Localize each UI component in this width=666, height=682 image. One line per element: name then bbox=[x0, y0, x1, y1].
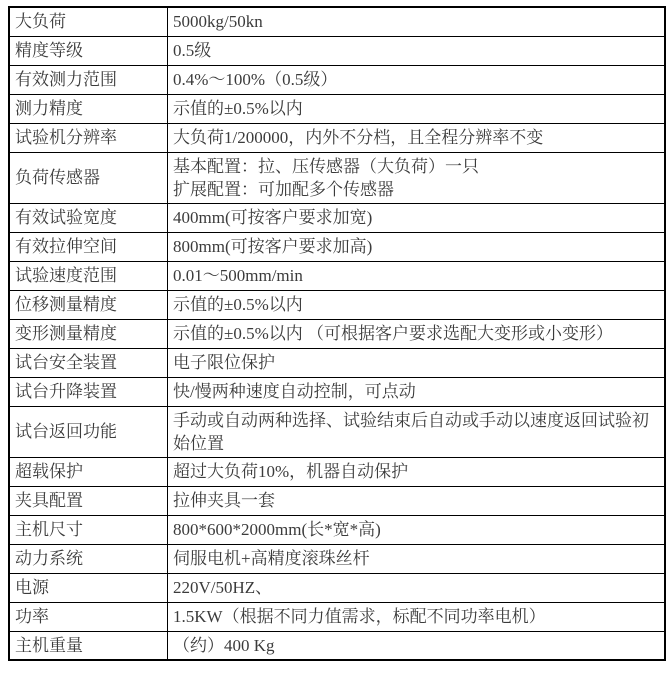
spec-value: 220V/50HZ、 bbox=[168, 573, 666, 602]
spec-label: 试验速度范围 bbox=[9, 261, 168, 290]
spec-label: 主机尺寸 bbox=[9, 515, 168, 544]
spec-value: 大负荷1/200000，内外不分档，且全程分辨率不变 bbox=[168, 123, 666, 152]
spec-label: 有效试验宽度 bbox=[9, 203, 168, 232]
spec-value: 1.5KW（根据不同力值需求，标配不同功率电机） bbox=[168, 602, 666, 631]
spec-value: 800*600*2000mm(长*宽*高) bbox=[168, 515, 666, 544]
spec-label: 有效拉伸空间 bbox=[9, 232, 168, 261]
spec-value: 快/慢两种速度自动控制，可点动 bbox=[168, 377, 666, 406]
spec-label: 试验机分辨率 bbox=[9, 123, 168, 152]
table-row: 试验机分辨率 大负荷1/200000，内外不分档，且全程分辨率不变 bbox=[9, 123, 665, 152]
spec-label: 主机重量 bbox=[9, 631, 168, 660]
spec-value: 拉伸夹具一套 bbox=[168, 486, 666, 515]
table-row: 主机重量 （约）400 Kg bbox=[9, 631, 665, 660]
spec-value: 400mm(可按客户要求加宽) bbox=[168, 203, 666, 232]
table-row: 试验速度范围 0.01～500mm/min bbox=[9, 261, 665, 290]
table-row: 有效试验宽度 400mm(可按客户要求加宽) bbox=[9, 203, 665, 232]
spec-value: 示值的±0.5%以内 bbox=[168, 290, 666, 319]
spec-label: 动力系统 bbox=[9, 544, 168, 573]
spec-value: 电子限位保护 bbox=[168, 348, 666, 377]
spec-value: 超过大负荷10%，机器自动保护 bbox=[168, 457, 666, 486]
table-row: 电源 220V/50HZ、 bbox=[9, 573, 665, 602]
table-row: 大负荷 5000kg/50kn bbox=[9, 7, 665, 36]
spec-label: 夹具配置 bbox=[9, 486, 168, 515]
spec-value: 5000kg/50kn bbox=[168, 7, 666, 36]
table-row: 试台安全装置 电子限位保护 bbox=[9, 348, 665, 377]
spec-label: 精度等级 bbox=[9, 36, 168, 65]
spec-label: 试台安全装置 bbox=[9, 348, 168, 377]
spec-label: 试台升降装置 bbox=[9, 377, 168, 406]
spec-value: 800mm(可按客户要求加高) bbox=[168, 232, 666, 261]
spec-value: 0.5级 bbox=[168, 36, 666, 65]
spec-label: 功率 bbox=[9, 602, 168, 631]
table-row: 有效拉伸空间 800mm(可按客户要求加高) bbox=[9, 232, 665, 261]
spec-value: 0.01～500mm/min bbox=[168, 261, 666, 290]
spec-label: 电源 bbox=[9, 573, 168, 602]
table-row: 有效测力范围 0.4%～100%（0.5级） bbox=[9, 65, 665, 94]
spec-value: 伺服电机+高精度滚珠丝杆 bbox=[168, 544, 666, 573]
table-row: 测力精度 示值的±0.5%以内 bbox=[9, 94, 665, 123]
table-row: 超载保护 超过大负荷10%，机器自动保护 bbox=[9, 457, 665, 486]
spec-label: 测力精度 bbox=[9, 94, 168, 123]
table-row: 负荷传感器 基本配置：拉、压传感器（大负荷）一只 扩展配置：可加配多个传感器 bbox=[9, 152, 665, 203]
spec-value: 手动或自动两种选择、试验结束后自动或手动以速度返回试验初始位置 bbox=[168, 406, 666, 457]
spec-label: 超载保护 bbox=[9, 457, 168, 486]
table-row: 功率 1.5KW（根据不同力值需求，标配不同功率电机） bbox=[9, 602, 665, 631]
table-row: 主机尺寸 800*600*2000mm(长*宽*高) bbox=[9, 515, 665, 544]
table-row: 动力系统 伺服电机+高精度滚珠丝杆 bbox=[9, 544, 665, 573]
table-row: 变形测量精度 示值的±0.5%以内 （可根据客户要求选配大变形或小变形） bbox=[9, 319, 665, 348]
spec-value: （约）400 Kg bbox=[168, 631, 666, 660]
spec-value: 示值的±0.5%以内 （可根据客户要求选配大变形或小变形） bbox=[168, 319, 666, 348]
specification-table-body: 大负荷 5000kg/50kn 精度等级 0.5级 有效测力范围 0.4%～10… bbox=[9, 7, 665, 660]
spec-label: 位移测量精度 bbox=[9, 290, 168, 319]
table-row: 试台升降装置 快/慢两种速度自动控制，可点动 bbox=[9, 377, 665, 406]
spec-value: 示值的±0.5%以内 bbox=[168, 94, 666, 123]
spec-label: 有效测力范围 bbox=[9, 65, 168, 94]
spec-label: 大负荷 bbox=[9, 7, 168, 36]
specification-table: 大负荷 5000kg/50kn 精度等级 0.5级 有效测力范围 0.4%～10… bbox=[8, 6, 666, 661]
table-row: 精度等级 0.5级 bbox=[9, 36, 665, 65]
spec-label: 负荷传感器 bbox=[9, 152, 168, 203]
table-row: 位移测量精度 示值的±0.5%以内 bbox=[9, 290, 665, 319]
spec-value: 基本配置：拉、压传感器（大负荷）一只 扩展配置：可加配多个传感器 bbox=[168, 152, 666, 203]
spec-value: 0.4%～100%（0.5级） bbox=[168, 65, 666, 94]
spec-label: 试台返回功能 bbox=[9, 406, 168, 457]
spec-label: 变形测量精度 bbox=[9, 319, 168, 348]
table-row: 试台返回功能 手动或自动两种选择、试验结束后自动或手动以速度返回试验初始位置 bbox=[9, 406, 665, 457]
table-row: 夹具配置 拉伸夹具一套 bbox=[9, 486, 665, 515]
